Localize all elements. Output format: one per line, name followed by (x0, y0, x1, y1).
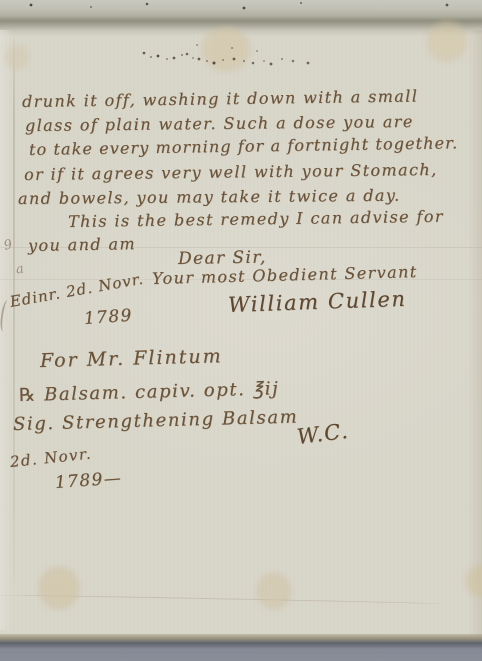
paper-stain (426, 20, 468, 62)
letter-line: and bowels, you may take it twice a day. (18, 186, 401, 208)
paper-stain (38, 566, 80, 610)
paper-right-edge (468, 30, 482, 638)
letter-line: glass of plain water. Such a dose you ar… (25, 112, 414, 135)
letter-year: 1789 (83, 306, 133, 329)
ink-speckles (0, 0, 2, 2)
paper-stain (201, 26, 251, 72)
scan-edge-bottom (0, 634, 482, 661)
scanned-manuscript-letter: drunk it off, washing it down with a sma… (0, 0, 482, 661)
letter-line: you and am (28, 234, 136, 255)
paper-stain (4, 44, 30, 70)
paper-stain (256, 572, 292, 610)
